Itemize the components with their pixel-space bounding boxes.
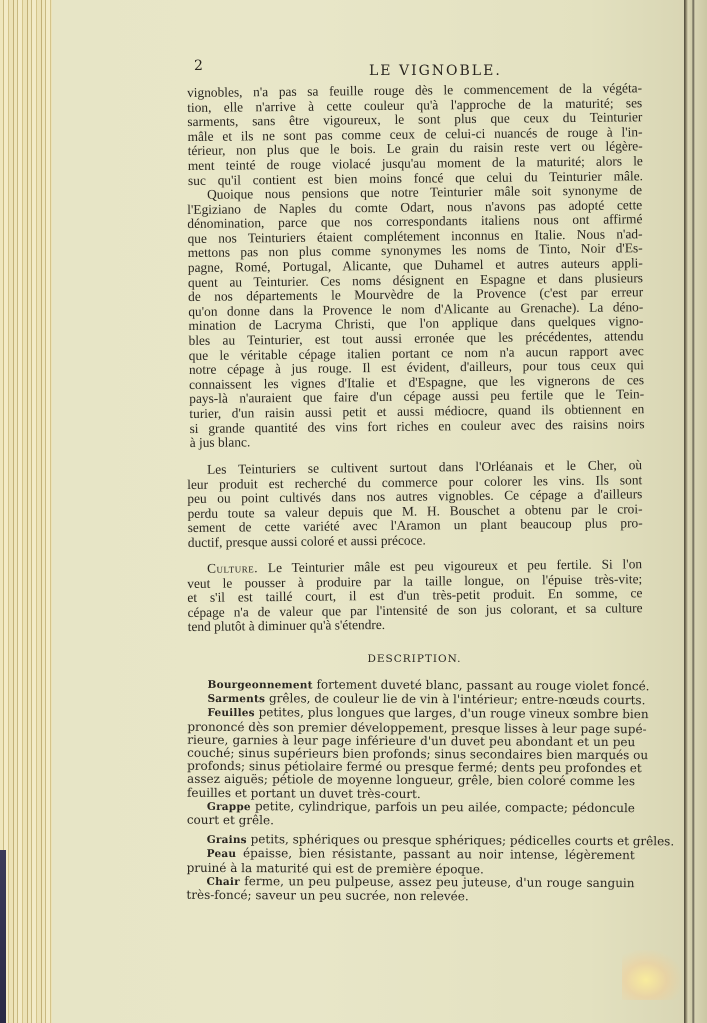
- description-term: Grappe: [207, 801, 251, 813]
- book-page-edges-left: [0, 0, 52, 1023]
- description-term: Bourgeonnement: [208, 679, 313, 692]
- running-head: LE VIGNOBLE.: [369, 63, 502, 79]
- paragraph-culture: Culture. Le Teinturier mâle est peu vigo…: [187, 558, 643, 636]
- description-term: Feuilles: [207, 708, 254, 720]
- book-page-edge-right: [684, 0, 707, 1023]
- description-term: Peau: [207, 849, 237, 861]
- text-line: ductif, presque aussi coloré et aussi pr…: [188, 531, 643, 550]
- paragraph-3: Les Teinturiers se cultivent surtout dan…: [187, 458, 643, 550]
- description-term: Sarments: [207, 693, 265, 705]
- text-fragment: petite, cylindrique, parfois un peu ailé…: [251, 799, 635, 815]
- paragraph-2: Quoique nous pensions que notre Teinturi…: [187, 183, 645, 450]
- page-content: 2 LE VIGNOBLE. vignobles, n'a pas sa feu…: [187, 58, 642, 904]
- background-strip: [0, 850, 6, 1023]
- page-number: 2: [194, 58, 203, 74]
- description-term: Chair: [206, 876, 239, 888]
- paragraph-1: vignobles, n'a pas sa feuille rouge dès …: [187, 81, 643, 188]
- description-block: Bourgeonnement fortement duveté blanc, p…: [186, 678, 642, 905]
- text-line: très-foncé; saveur un peu sucrée, non re…: [186, 889, 634, 905]
- description-term: Grains: [207, 835, 247, 847]
- section-lead-culture: Culture.: [207, 561, 258, 577]
- text-line: tend plutôt à diminuer qu'à s'étendre.: [188, 616, 643, 635]
- description-heading: DESCRIPTION.: [187, 653, 642, 665]
- light-glare: [622, 950, 682, 1000]
